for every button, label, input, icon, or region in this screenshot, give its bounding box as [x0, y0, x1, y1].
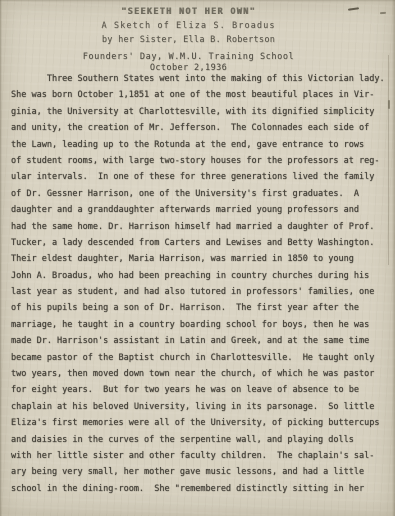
document-subtitle: A Sketch of Eliza S. Broadus	[0, 21, 386, 31]
body-line: of Dr. Gessner Harrison, one of the Univ…	[11, 186, 391, 202]
body-line: Tucker, a lady descended from Carters an…	[11, 235, 391, 251]
document-page: "SEEKETH NOT HER OWN" A Sketch of Eliza …	[0, 0, 395, 516]
body-line: She was born October 1,1851 at one of th…	[11, 87, 391, 103]
body-line: John A. Broadus, who had been preaching …	[11, 268, 391, 284]
body-line: had the same home. Dr. Harrison himself …	[11, 219, 391, 235]
body-text: Three Southern States went into the maki…	[11, 71, 391, 497]
body-line: with her little sister and other faculty…	[11, 448, 391, 464]
body-line: and unity, the creation of Mr. Jefferson…	[11, 120, 391, 136]
body-line: for eight years. But for two years he wa…	[11, 382, 391, 398]
body-line: ular intervals. In one of these for thre…	[11, 169, 391, 185]
body-line: chaplain at his beloved University, livi…	[11, 399, 391, 415]
scan-edge-left	[0, 0, 2, 516]
document-title: "SEEKETH NOT HER OWN"	[0, 7, 386, 17]
body-line: and daisies in the curves of the serpent…	[11, 432, 391, 448]
body-line: of his pupils being a son of Dr. Harriso…	[11, 300, 391, 316]
body-line: Three Southern States went into the maki…	[11, 71, 391, 87]
body-line: ginia, the University at Charlottesville…	[11, 104, 391, 120]
body-line: of student rooms, with large two-story h…	[11, 153, 391, 169]
body-line: Their eldest daughter, Maria Harrison, w…	[11, 251, 391, 267]
body-line: became pastor of the Baptist church in C…	[11, 350, 391, 366]
body-line: ary being very small, her mother gave mu…	[11, 464, 391, 480]
body-line: made Dr. Harrison's assistant in Latin a…	[11, 333, 391, 349]
body-line: the Lawn, leading up to the Rotunda at t…	[11, 137, 391, 153]
scan-edge-top	[0, 0, 395, 2]
occasion-line: Founders' Day, W.M.U. Training School	[0, 52, 386, 62]
body-line: marriage, he taught in a country boardin…	[11, 317, 391, 333]
body-line: Eliza's first memories were all of the U…	[11, 415, 391, 431]
body-line: school in the dining-room. She "remember…	[11, 481, 391, 497]
body-line: two years, then moved down town near the…	[11, 366, 391, 382]
body-line: daughter and a granddaughter afterwards …	[11, 202, 391, 218]
author-line: by her Sister, Ella B. Robertson	[0, 35, 386, 45]
body-line: last year as student, and had also tutor…	[11, 284, 391, 300]
